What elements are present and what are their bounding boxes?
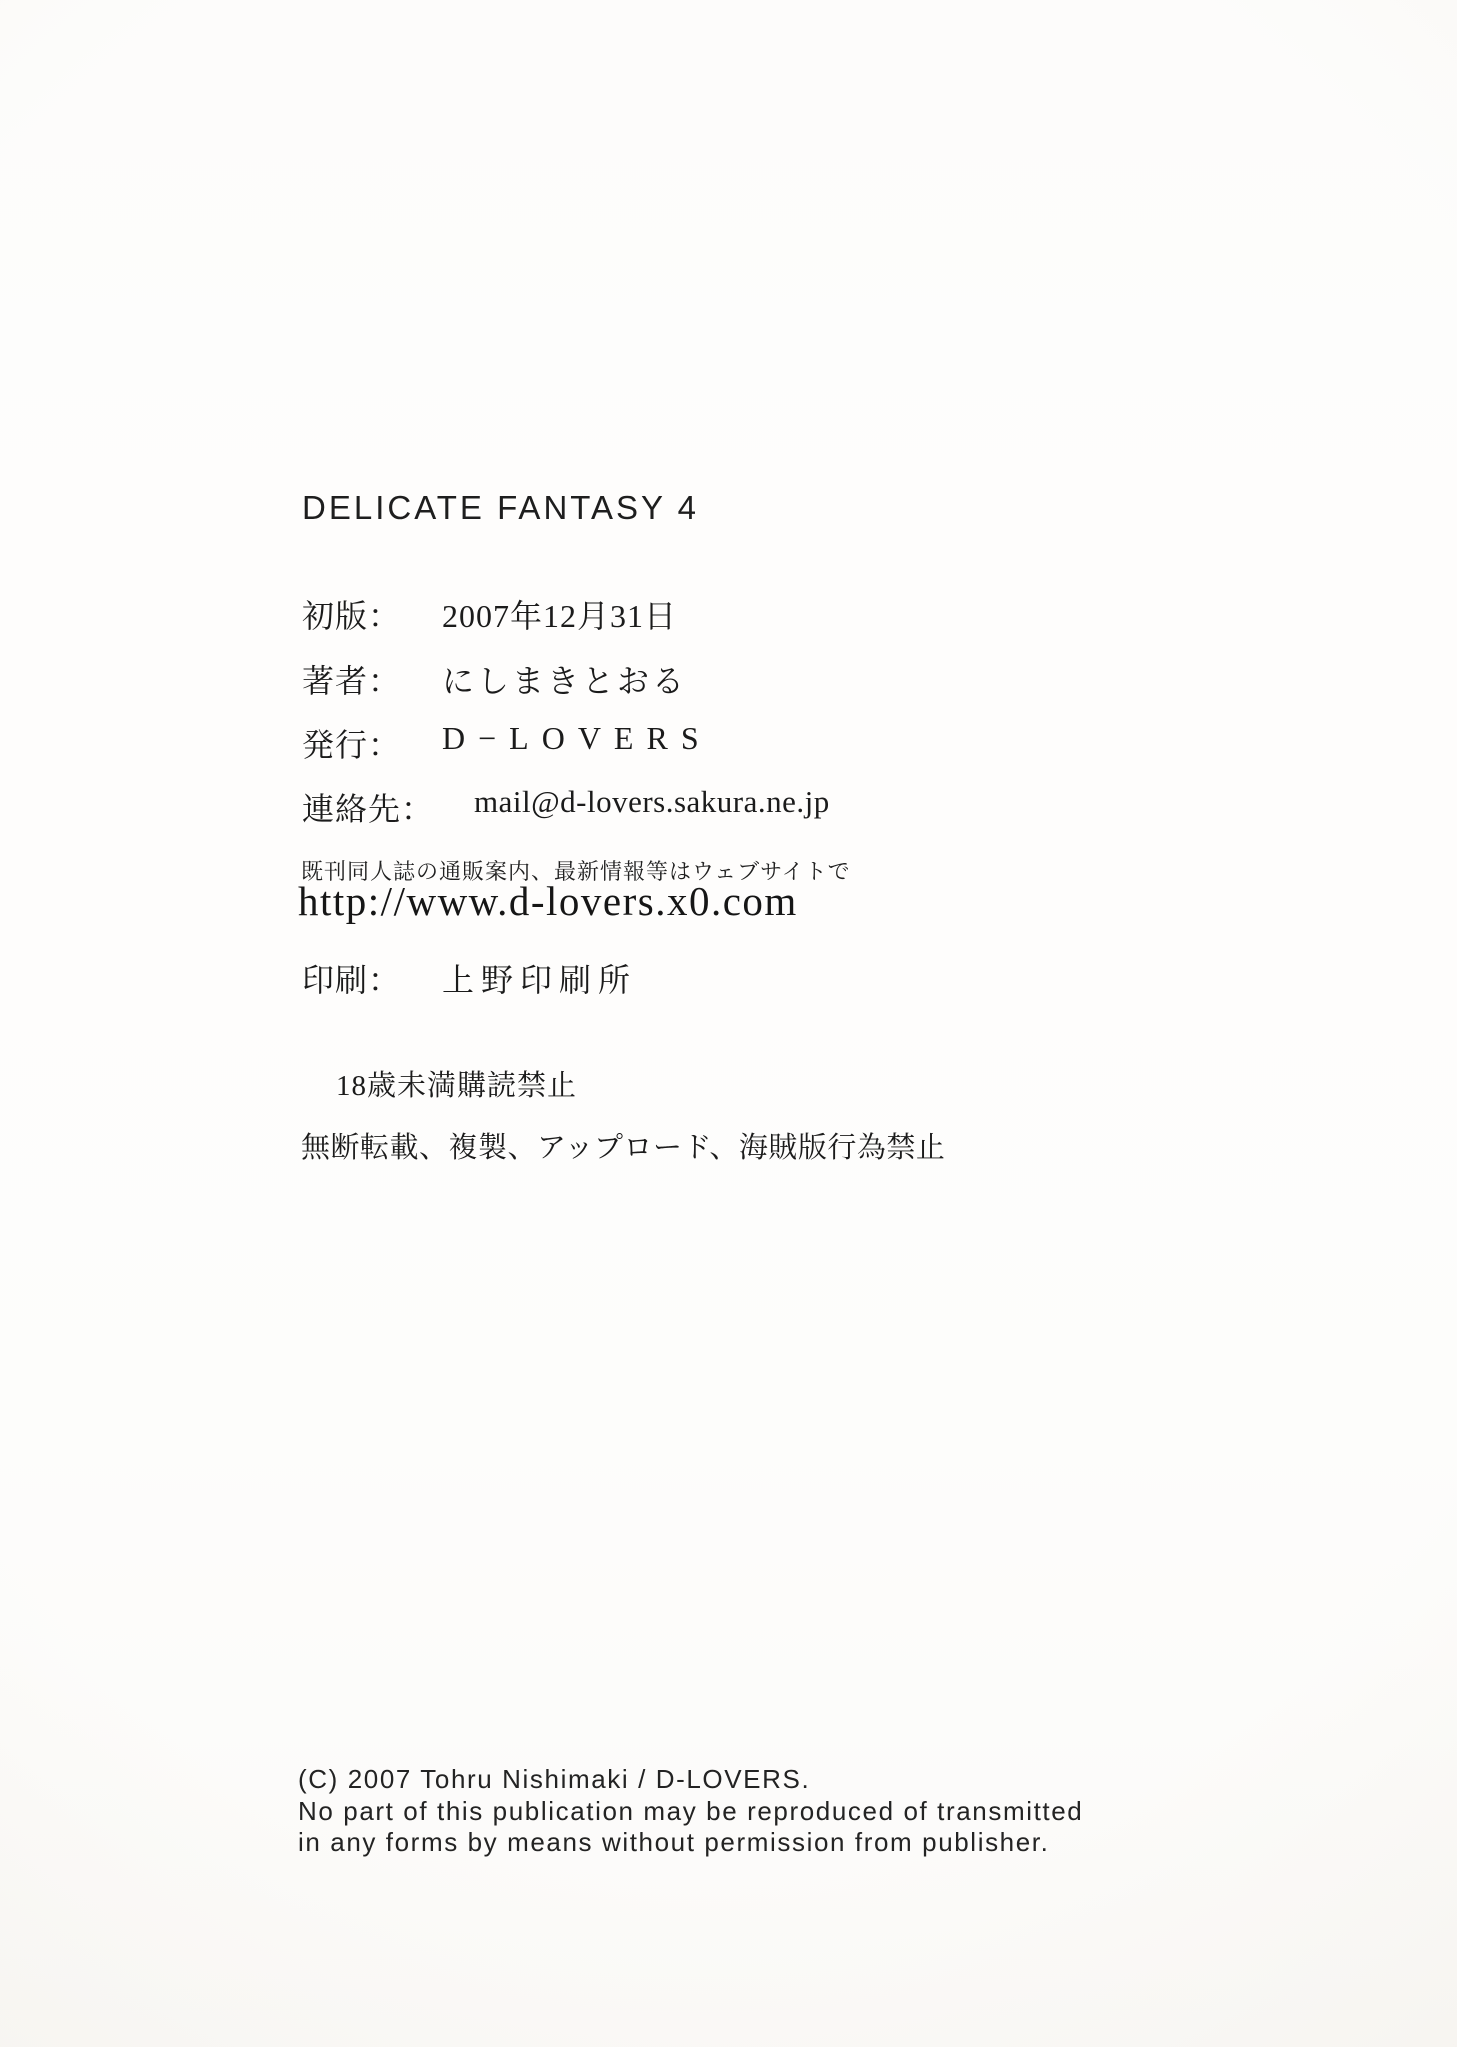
field-row-contact: 連絡先： mail@d-lovers.sakura.ne.jp: [302, 784, 434, 830]
colophon-page: DELICATE FANTASY 4 初版： 2007年12月31日 著者： に…: [0, 0, 1457, 2047]
website-url: http://www.d-lovers.x0.com: [298, 877, 798, 925]
age-restriction-notice: 18歳未満購読禁止: [336, 1063, 577, 1104]
contact-label: 連絡先：: [302, 791, 434, 827]
field-row-edition: 初版： 2007年12月31日: [302, 591, 401, 637]
printer-name: 上野印刷所: [442, 955, 637, 1001]
edition-date: 2007年12月31日: [442, 591, 677, 637]
field-row-printer: 印刷： 上野印刷所: [302, 955, 401, 1001]
copyright-line-2: No part of this publication may be repro…: [298, 1796, 1083, 1828]
copyright-line-1: (C) 2007 Tohru Nishimaki / D-LOVERS.: [298, 1764, 1083, 1796]
copyright-block: (C) 2007 Tohru Nishimaki / D-LOVERS. No …: [298, 1764, 1083, 1859]
copyright-line-3: in any forms by means without permission…: [298, 1827, 1083, 1859]
printer-label: 印刷：: [302, 962, 401, 998]
publisher-label: 発行：: [302, 727, 401, 763]
author-label: 著者：: [302, 663, 401, 699]
contact-email: mail@d-lovers.sakura.ne.jp: [474, 784, 830, 820]
edition-label: 初版：: [302, 598, 401, 634]
author-name: にしまきとおる: [442, 656, 687, 702]
publisher-name: D−LOVERS: [442, 720, 712, 757]
field-row-author: 著者： にしまきとおる: [302, 656, 401, 702]
field-row-publisher: 発行： D−LOVERS: [302, 720, 401, 766]
reproduction-prohibition-notice: 無断転載、複製、アップロード、海賊版行為禁止: [301, 1125, 945, 1166]
publication-title: DELICATE FANTASY 4: [302, 489, 699, 527]
